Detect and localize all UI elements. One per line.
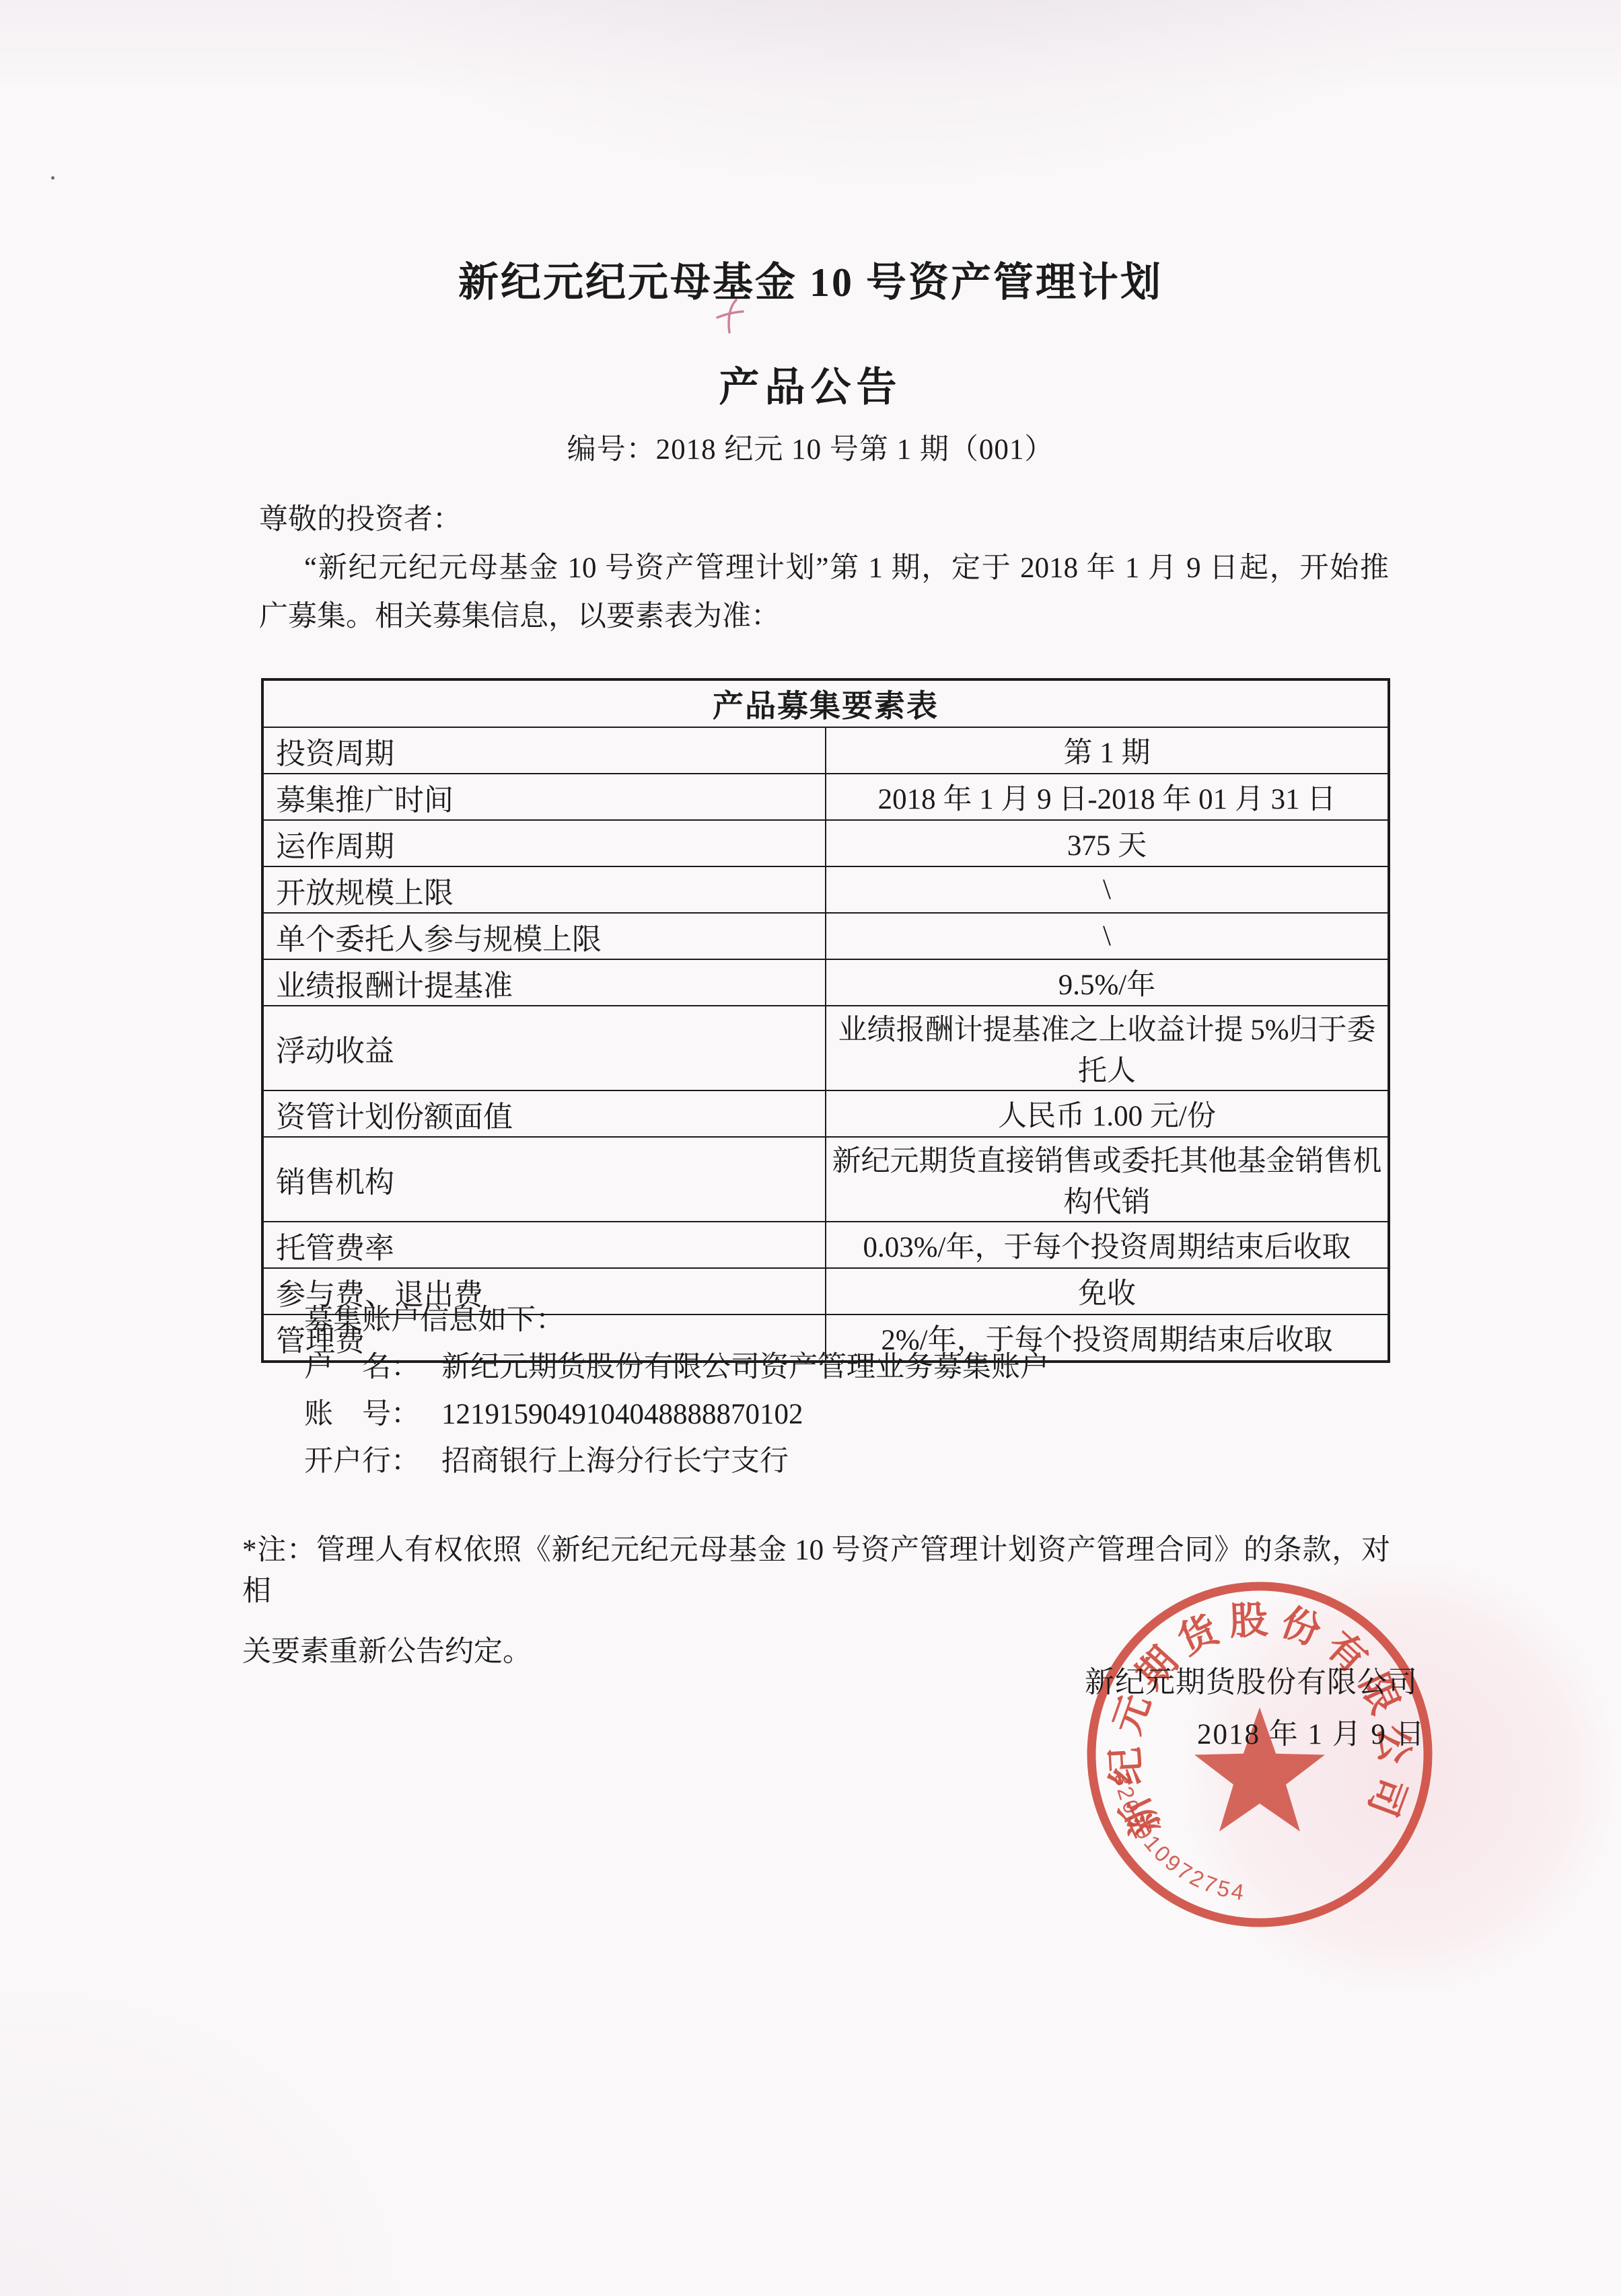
table-row: 资管计划份额面值 人民币 1.00 元/份 [262, 1090, 1389, 1137]
row-label: 募集推广时间 [262, 774, 826, 820]
product-elements-table: 产品募集要素表 投资周期 第 1 期 募集推广时间 2018 年 1 月 9 日… [261, 678, 1390, 1363]
row-value: 2018 年 1 月 9 日-2018 年 01 月 31 日 [826, 774, 1389, 820]
doc-number: 编号：2018 纪元 10 号第 1 期（001） [0, 427, 1621, 468]
account-heading: 募集账户信息如下： [304, 1297, 1049, 1344]
account-name-value: 新纪元期货股份有限公司资产管理业务募集账户 [441, 1351, 1049, 1383]
page-title: 新纪元纪元母基金 10 号资产管理计划 [0, 250, 1621, 308]
table-row: 业绩报酬计提基准 9.5%/年 [262, 959, 1389, 1006]
row-value: 业绩报酬计提基准之上收益计提 5%归于委托人 [826, 1006, 1389, 1090]
row-label: 开放规模上限 [262, 866, 826, 913]
account-number-label: 账 号： [304, 1391, 441, 1438]
row-value: \ [826, 866, 1389, 913]
row-value: 375 天 [826, 820, 1389, 866]
intro-paragraph-line1: “新纪元纪元母基金 10 号资产管理计划”第 1 期，定于 2018 年 1 月… [304, 550, 1389, 587]
row-value: 9.5%/年 [826, 959, 1389, 1006]
document-page: 新纪元纪元母基金 10 号资产管理计划 产品公告 编号：2018 纪元 10 号… [0, 0, 1621, 2296]
account-number-value: 1219159049104048888870102 [441, 1399, 803, 1430]
table-row: 托管费率 0.03%/年，于每个投资周期结束后收取 [262, 1222, 1389, 1268]
table-row: 募集推广时间 2018 年 1 月 9 日-2018 年 01 月 31 日 [262, 774, 1389, 820]
company-seal-stamp-icon: 新纪元期货股份有限公司 3203010972754 [1044, 1539, 1475, 1970]
row-value: 新纪元期货直接销售或委托其他基金销售机构代销 [826, 1137, 1389, 1222]
row-label: 浮动收益 [262, 1006, 826, 1090]
row-label: 单个委托人参与规模上限 [262, 913, 826, 959]
account-info-block: 募集账户信息如下： 户 名：新纪元期货股份有限公司资产管理业务募集账户 账 号：… [304, 1297, 1049, 1485]
table-row: 运作周期 375 天 [262, 820, 1389, 866]
table-title: 产品募集要素表 [262, 679, 1389, 727]
signature-date: 2018 年 1 月 9 日 [1197, 1711, 1426, 1752]
table-row: 销售机构 新纪元期货直接销售或委托其他基金销售机构代销 [262, 1137, 1389, 1222]
account-item: 开户行：招商银行上海分行长宁支行 [304, 1438, 1049, 1485]
table-row: 浮动收益 业绩报酬计提基准之上收益计提 5%归于委托人 [262, 1006, 1389, 1090]
row-label: 投资周期 [262, 727, 826, 774]
account-name-label: 户 名： [304, 1344, 441, 1391]
row-label: 业绩报酬计提基准 [262, 959, 826, 1006]
table-row: 单个委托人参与规模上限 \ [262, 913, 1389, 959]
table-title-row: 产品募集要素表 [262, 679, 1389, 727]
table-row: 投资周期 第 1 期 [262, 727, 1389, 774]
row-label: 销售机构 [262, 1137, 826, 1222]
handwritten-pen-mark-icon [711, 296, 752, 338]
row-label: 托管费率 [262, 1222, 826, 1268]
page-subtitle: 产品公告 [0, 355, 1621, 413]
intro-paragraph-line2: 广募集。相关募集信息，以要素表为准： [259, 599, 780, 635]
signature-company: 新纪元期货股份有限公司 [1085, 1658, 1418, 1701]
row-value: 人民币 1.00 元/份 [826, 1090, 1389, 1137]
account-item: 账 号：1219159049104048888870102 [304, 1391, 1049, 1438]
row-value: \ [826, 913, 1389, 959]
account-item: 户 名：新纪元期货股份有限公司资产管理业务募集账户 [304, 1344, 1049, 1391]
table-row: 开放规模上限 \ [262, 866, 1389, 913]
account-bank-value: 招商银行上海分行长宁支行 [441, 1446, 789, 1477]
row-label: 运作周期 [262, 820, 826, 866]
row-label: 资管计划份额面值 [262, 1090, 826, 1137]
scan-speck [51, 176, 55, 180]
account-bank-label: 开户行： [304, 1438, 441, 1485]
row-value: 0.03%/年，于每个投资周期结束后收取 [826, 1222, 1389, 1268]
row-value: 第 1 期 [826, 727, 1389, 774]
salutation: 尊敬的投资者： [259, 502, 462, 538]
